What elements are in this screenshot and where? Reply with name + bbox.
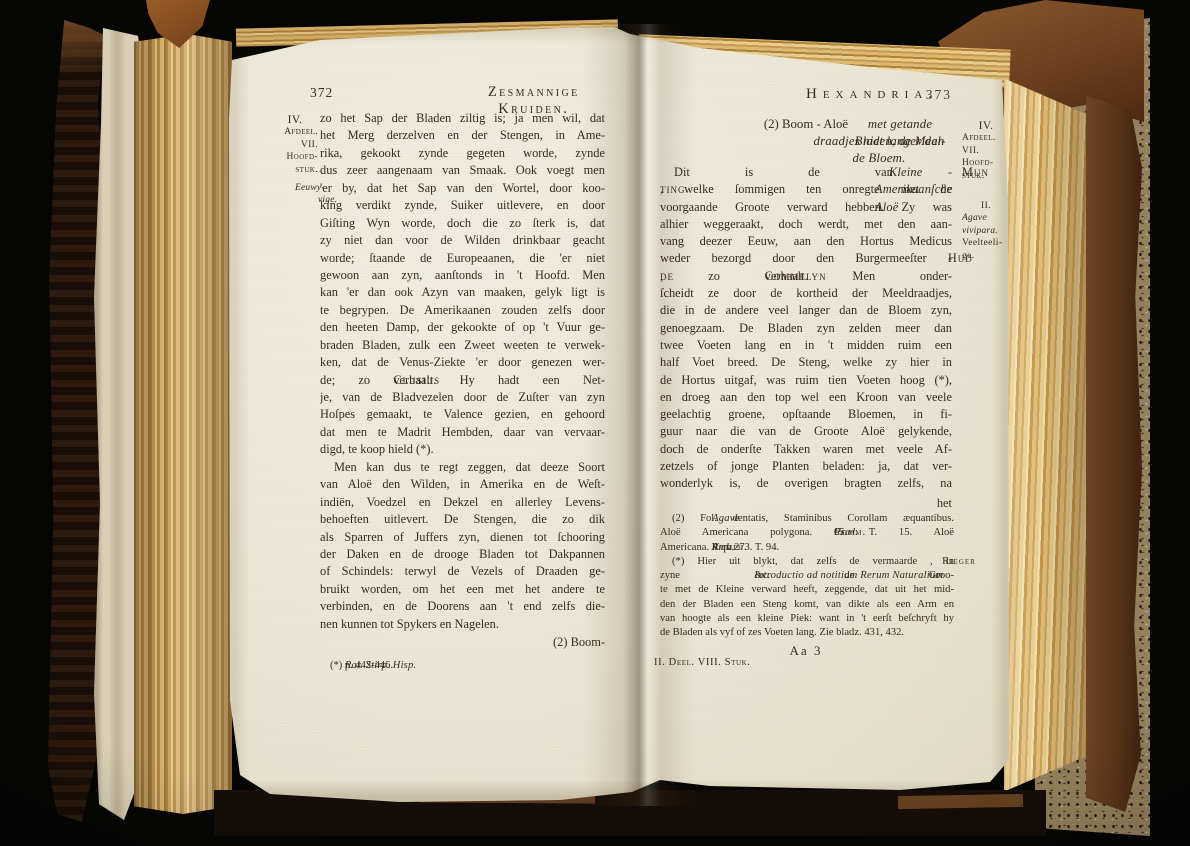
text-line: twee Voeten lang en in 't midden ruim ee… — [660, 337, 952, 354]
paragraph: (*) Hier uit blykt, dat zelfs de vermaar… — [660, 555, 954, 641]
species-heading: (2) Boom - Aloë met getande Bladen, de M… — [660, 116, 952, 150]
text-line: zyne Introductio ad notitiam Rerum Natur… — [660, 569, 954, 583]
text-line: vivipara. — [962, 225, 1010, 237]
text-line: king verdikt zynde, Suiker uitlevere, en… — [320, 197, 605, 214]
text-line: van Aloë den Wilden, in Amerika en de We… — [320, 476, 605, 493]
text-line: weder bezorgd door den Burgermeeſter Hud… — [660, 250, 952, 267]
text-line: dus zeer aangenaam van Smaak. Ook voegt … — [320, 162, 605, 179]
text-line: doch de onderſte Takken waren met veele … — [660, 441, 952, 458]
text-line: guur naar die van de Groote Aloë gelyken… — [660, 423, 952, 440]
volume-imprint: II. Deel. VIII. Stuk. — [654, 657, 751, 668]
text-line: en droeg aan den top wel een Kroon van v… — [660, 389, 952, 406]
left-catchword: (2) Boom- — [320, 635, 605, 650]
right-footnotes: (2) Agave Fol. dentatis, Staminibus Coro… — [660, 512, 954, 641]
left-page-edge-stack — [134, 34, 232, 814]
photo-backdrop: 372 Zesmannige Kruiden. IV.Afdeel.VII.Ho… — [0, 0, 1190, 846]
text-line: kan 'er dan ook Azyn van maaken, gelyk l… — [320, 284, 605, 301]
text-line: dat men te Madrit Hembden, daar van verv… — [320, 424, 605, 441]
text-line: het Merg derzelven en der Stengen, in Am… — [320, 127, 605, 144]
text-line: ken, dat de Venus-Ziekte 'er door geneze… — [320, 354, 605, 371]
paragraph: Dit is de Kleine Amerikaanſche Aloë van … — [660, 164, 952, 493]
text-line: Veelteeli- — [962, 237, 1010, 249]
text-line: II. — [962, 200, 1010, 212]
text-line: worde; ſtaande de Europeaanen, die 'er n… — [320, 250, 605, 267]
text-line: wonderlyk is, de overigen bragten zelfs,… — [660, 475, 952, 492]
text-line: zy niet dan voor de Wilden drinkbaar gea… — [320, 232, 605, 249]
text-line: indiën, Voedzel en Dekzel en allerley Le… — [320, 494, 605, 511]
left-page-number: 372 — [310, 85, 333, 101]
right-page-number: 373 — [926, 87, 952, 103]
text-line: Men kan dus te regt zeggen, dat deeze So… — [320, 459, 605, 476]
paragraph: (2) Boom - Aloë met getande Bladen, de M… — [660, 116, 952, 150]
text-line: digd, te koop hield (*). — [320, 441, 605, 458]
text-line: alhier weggeraakt, doch werdt, met den a… — [660, 216, 952, 233]
text-line: (*) Hier uit blykt, dat zelfs de vermaar… — [660, 555, 954, 569]
text-line: nen kunnen tot Spykers en Nagelen. — [320, 616, 605, 633]
left-footnote: (*) Rar. Stirp. Hisp. p. 442-446. — [330, 659, 610, 673]
text-line: Hoofd- — [272, 151, 318, 163]
text-line: geelachtig groene, opſtaande Bloemen, in… — [660, 406, 952, 423]
text-line: zo het Sap der Bladen ziltig is; ja men … — [320, 110, 605, 127]
text-line: IV. — [272, 114, 318, 126]
text-line: te met de Kleine verward heeft, zeggende… — [660, 583, 954, 597]
text-line: bruikt worden, om het een met het andere… — [320, 581, 605, 598]
right-catchword: het — [660, 496, 952, 511]
text-line: der Daken en de drooge Bladen tot Dakpan… — [320, 546, 605, 563]
text-line: die in de andere veel langer dan de Bloe… — [660, 302, 952, 319]
text-line: van hoogte als een kleine Piek: want in … — [660, 612, 954, 626]
text-line: vige. — [272, 194, 318, 206]
text-line: te begrypen. De Amerikaanen zouden zelfs… — [320, 302, 605, 319]
text-line: Hoſpes gemaakt, te Valence gezien, en ge… — [320, 406, 605, 423]
paragraph: zo het Sap der Bladen ziltig is; ja men … — [320, 110, 605, 459]
text-line: je, van de Bladvezelen door de Zuſter va… — [320, 389, 605, 406]
text-line: de; zo Clusius verhaalt. Hy hadt een Net… — [320, 372, 605, 389]
text-line: den der Bladen een Steng komt, van dikte… — [660, 598, 954, 612]
paragraph: Men kan dus te regt zeggen, dat deeze So… — [320, 459, 605, 633]
left-body-text: zo het Sap der Bladen ziltig is; ja men … — [320, 110, 605, 633]
text-line: of Schindels: terwyl de Vezels of Draade… — [320, 563, 605, 580]
text-line: Agave — [962, 212, 1010, 224]
text-line: Dit is de Kleine Amerikaanſche Aloë van … — [660, 164, 952, 181]
left-page: 372 Zesmannige Kruiden. IV.Afdeel.VII.Ho… — [228, 24, 620, 806]
paragraph: (2) Agave Fol. dentatis, Staminibus Coro… — [660, 512, 954, 555]
text-line: half Voet breed. De Steng, welke zy hier… — [660, 354, 952, 371]
text-line: braden Bladen, zulk een Zweet weeten te … — [320, 337, 605, 354]
paragraph: IV.Afdeel.VII.Hoofd-stuk. — [272, 114, 318, 176]
text-line: Americana. Rumph. Amb. V. p. 273. T. 94. — [660, 541, 954, 555]
text-line: Giſting Wyn worde, doch die zo ſterk is,… — [320, 215, 605, 232]
text-line: 'er by, dat het Sap van den Wortel, door… — [320, 180, 605, 197]
text-line: Aloë Americana polygona. Comm. Præl. 65.… — [660, 526, 954, 540]
text-line: Eeuwy- — [272, 182, 318, 194]
text-line: rika, gekookt zynde gegeten worde, zynde — [320, 145, 605, 162]
text-line: den heeten Damp, der gekookte of op 't V… — [320, 319, 605, 336]
right-running-title: Hexandria. — [806, 86, 938, 103]
text-line: de Hortus uitgaf, was ruim tien Voeten h… — [660, 372, 952, 389]
text-line: VII. — [962, 145, 1010, 157]
text-line: stuk. — [272, 164, 318, 176]
text-line: vang deezer Eeuw, aan den Hortus Medicus — [660, 233, 952, 250]
right-leather-cover — [1086, 96, 1142, 812]
text-line: Afdeel. — [962, 132, 1010, 144]
text-line: Afdeel. — [272, 126, 318, 138]
text-line: (2) Boom - Aloë met getande Bladen, de M… — [660, 116, 952, 133]
right-fore-edge-stack — [1004, 74, 1094, 796]
paragraph: (*) Rar. Stirp. Hisp. p. 442-446. — [330, 659, 610, 673]
text-line: (2) Agave Fol. dentatis, Staminibus Coro… — [660, 512, 954, 526]
right-body-text: Dit is de Kleine Amerikaanſche Aloë van … — [660, 164, 952, 493]
text-line: IV. — [962, 120, 1010, 132]
text-line: (*) Rar. Stirp. Hisp. p. 442-446. — [330, 659, 610, 673]
paragraph: Eeuwy-vige. — [272, 182, 318, 207]
text-line: zetzels of jonge Planten beladen: ja, da… — [660, 458, 952, 475]
text-line: genoegzaam. De Bladen zyn zelden meer da… — [660, 320, 952, 337]
left-margin-notes: IV.Afdeel.VII.Hoofd-stuk.Eeuwy-vige. — [272, 114, 318, 207]
text-line: behoeften uitlevert. De Stengen, die zo … — [320, 511, 605, 528]
right-page: Hexandria. 373 IV.Afdeel.VII.Hoofd-stuk.… — [624, 64, 1012, 806]
text-line: de Bladen als vyf of zes Voeten lang. Zi… — [660, 626, 954, 640]
text-line: de; zo Commelyn verhaalt. Men onder- — [660, 268, 952, 285]
right-margin-notes: IV.Afdeel.VII.Hoofd-stuk.II.Agavevivipar… — [962, 120, 1010, 262]
text-line: gewoon aan zyn, aanſtonds in 't Hoofd. M… — [320, 267, 605, 284]
text-line: draadjes niet langer dan de Bloem. — [660, 133, 952, 150]
text-line: als Sparren of Juffers zyn, dienen tot ſ… — [320, 529, 605, 546]
text-line: verbinden, en de Doorens aan 't end zelf… — [320, 598, 605, 615]
text-line: ſcheidt ze door de kortheid der Meeldraa… — [660, 285, 952, 302]
text-line: VII. — [272, 139, 318, 151]
